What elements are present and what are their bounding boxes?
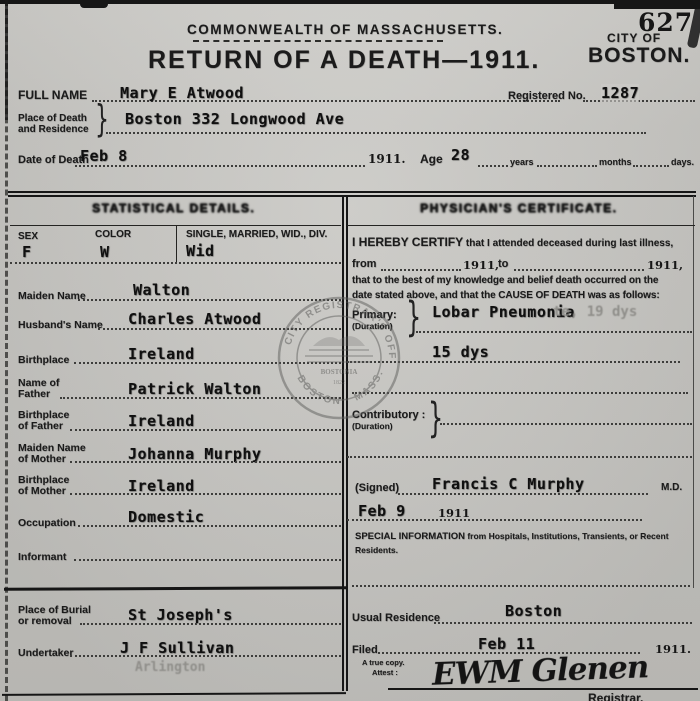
sex-value: F [22,243,32,261]
certify-strong: I HEREBY CERTIFY [352,235,463,249]
husband-name-label: Husband's Name [18,319,103,331]
certify-rest: that I attended deceased during last ill… [463,238,673,249]
contributory-brace: } [428,394,443,442]
burial-label-2: or removal [18,615,72,627]
father-birthplace-value: Ireland [128,412,195,430]
color-label: COLOR [95,229,131,240]
true-copy-label: A true copy. [362,658,405,667]
stamp-graphic: CITY REGISTRAR'S OFFICE BOSTON · MASS. B… [275,294,403,422]
year-printed: 1911. [368,152,406,166]
primary-brace: } [406,293,421,341]
occupation-label: Occupation [18,517,76,529]
informant-label: Informant [18,551,66,563]
filed-label: Filed [352,644,378,656]
svg-text:1822: 1822 [333,380,345,386]
registered-no-label: Registered No. [508,90,586,102]
certify-line-1: I HEREBY CERTIFY that I attended decease… [352,233,697,251]
death-certificate-scan: COMMONWEALTH OF MASSACHUSETTS. RETURN OF… [0,0,700,701]
usual-residence-rule [434,622,692,624]
certify-line-2: that to the best of my knowledge and bel… [352,275,658,286]
special-information-note: SPECIAL INFORMATION from Hospitals, Inst… [355,529,693,556]
stamp-center-text: BOSTONIA [321,368,358,376]
full-name-label: FULL NAME [18,88,87,102]
signed-label: (Signed) [355,482,399,494]
age-label: Age [420,152,443,166]
commonwealth-heading: COMMONWEALTH OF MASSACHUSETTS. [187,22,503,37]
scan-mark-top-left [80,0,108,8]
signed-rule [398,493,648,495]
age-rule-2 [537,165,597,167]
from-rule [381,269,461,271]
sign-date-value: Feb 9 [358,502,406,520]
mother-birthplace-rule [70,493,341,495]
place-rule [106,132,646,134]
sign-date-rule [347,519,642,521]
date-rule [75,165,365,167]
mother-name-label-2: of Mother [18,453,66,465]
right-edge-rule [693,196,694,588]
usual-residence-value: Boston [505,602,562,620]
to-rule [514,269,644,271]
attest-label: Attest : [372,668,398,677]
burial-section-divider [4,586,348,591]
contributory-rule-2 [347,456,692,458]
scan-edge-left-solid [5,0,8,120]
primary-rule [416,331,692,333]
physicians-certificate-heading: PHYSICIAN'S CERTIFICATE. [420,201,617,215]
occupation-value: Domestic [128,508,204,526]
column-divider-line-1 [342,196,344,691]
undertaker-ghost-text: Arlington [135,660,205,675]
place-brace: } [95,99,109,142]
birthplace-value: Ireland [128,345,195,363]
usual-residence-label: Usual Residence [352,612,440,624]
mother-birthplace-label-2: of Mother [18,485,66,497]
maiden-name-value: Walton [133,281,190,299]
signature-underline [388,688,698,690]
date-of-death-value: Feb 8 [80,147,128,165]
filed-date-value: Feb 11 [478,635,535,653]
undertaker-label: Undertaker [18,647,73,659]
place-of-death-label-2: and Residence [18,124,89,135]
age-value: 28 [451,146,470,164]
contributory-duration-label: (Duration) [352,421,393,431]
form-title: RETURN OF A DEATH—1911. [148,46,540,75]
place-of-death-label-1: Place of Death [18,113,87,124]
age-rule-3 [633,165,669,167]
section-divider-line-2 [8,195,696,197]
father-birthplace-label-2: of Father [18,420,63,432]
informant-rule [74,559,341,561]
md-label: M.D. [661,482,682,493]
bottom-border-left [2,692,346,696]
birthplace-label: Birthplace [18,354,69,366]
registered-no-value: 1287 [601,84,639,102]
husband-name-value: Charles Atwood [128,310,261,328]
father-birthplace-rule [70,429,341,431]
signed-physician-value: Francis C Murphy [432,475,585,493]
from-year: 1911, [463,258,499,272]
burial-value: St Joseph's [128,606,233,624]
contributory-rule-1 [440,423,692,425]
sign-year: 1911 [438,506,470,520]
undertaker-rule [70,655,341,657]
maiden-name-label: Maiden Name [18,290,86,302]
footer-top-rule [352,585,690,587]
months-label: months [599,157,632,167]
occupation-rule [78,525,341,527]
to-year: 1911, [647,258,683,272]
primary-ghost-text: te, 19 dys [553,304,637,320]
place-value: Boston 332 Longwood Ave [125,110,344,128]
registrar-signature: EWM Glenen [431,649,648,693]
marital-value: Wid [186,242,215,260]
burial-rule [80,623,341,625]
city-of-label: CITY OF [607,31,661,45]
stat-subtable-divider [176,226,177,263]
stat-subtable-rule [10,262,341,264]
color-value: W [100,243,110,261]
marital-header-label: SINGLE, MARRIED, WID., DIV. [186,229,327,240]
heading-underline [193,40,443,42]
registrar-label: Registrar. [588,691,643,701]
special-info-strong: SPECIAL INFORMATION [355,531,465,542]
age-rule-1 [478,165,508,167]
statistical-details-heading: STATISTICAL DETAILS. [92,201,255,215]
father-name-label-2: Father [18,388,50,400]
city-registrar-stamp: CITY REGISTRAR'S OFFICE BOSTON · MASS. B… [275,294,403,422]
filed-year: 1911. [655,642,691,656]
days-label: days. [671,157,694,167]
phys-header-rule [347,225,695,226]
father-name-value: Patrick Walton [128,380,261,398]
duration-value: 15 dys [432,343,489,361]
column-divider-line-2 [346,196,348,691]
city-name: BOSTON. [588,44,690,68]
full-name-value: Mary E Atwood [120,84,244,102]
mother-name-rule [70,461,341,463]
to-label: to [498,258,508,270]
from-label: from [352,258,376,270]
section-divider-line-1 [8,191,696,193]
sex-label: SEX [18,231,38,242]
years-label: years [510,157,534,167]
